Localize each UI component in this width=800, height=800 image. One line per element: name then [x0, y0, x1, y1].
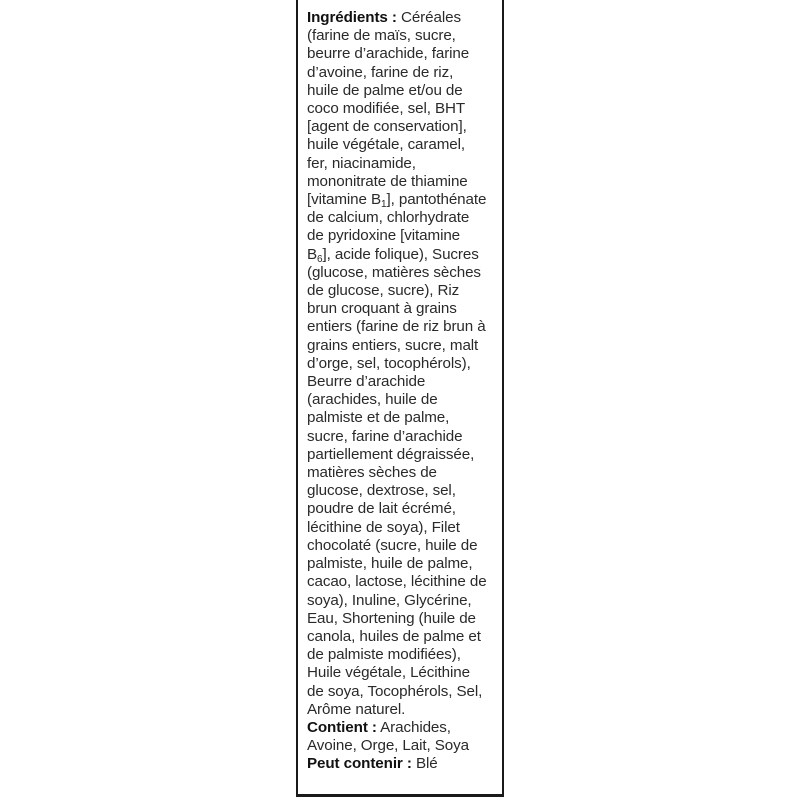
contains-line: Contient : Arachides, [307, 719, 503, 737]
ingredients-line: cacao, lactose, lécithine de [307, 573, 503, 591]
ingredients-line: mononitrate de thiamine [307, 173, 503, 191]
ingredients-line: chocolaté (sucre, huile de [307, 537, 503, 555]
ingredients-line: palmiste, huile de palme, [307, 555, 503, 573]
ingredients-line: brun croquant à grains [307, 300, 503, 318]
ingredients-line: glucose, dextrose, sel, [307, 482, 503, 500]
may-contain-heading: Peut contenir : [307, 755, 412, 772]
ingredients-line: beurre d’arachide, farine [307, 45, 503, 63]
ingredients-line: palmiste et de palme, [307, 409, 503, 427]
ingredients-line: canola, huiles de palme et [307, 628, 503, 646]
ingredients-line: [vitamine B1], pantothénate [307, 191, 503, 209]
ingredients-line: de soya, Tocophérols, Sel, [307, 683, 503, 701]
ingredients-line: lécithine de soya), Filet [307, 519, 503, 537]
ingredients-line: (farine de maïs, sucre, [307, 27, 503, 45]
ingredients-line: de calcium, chlorhydrate [307, 209, 503, 227]
contains-line: Avoine, Orge, Lait, Soya [307, 737, 503, 755]
ingredients-line: coco modifiée, sel, BHT [307, 100, 503, 118]
ingredients-heading: Ingrédients : [307, 9, 397, 26]
ingredients-line: entiers (farine de riz brun à [307, 318, 503, 336]
ingredients-line: d’orge, sel, tocophérols), [307, 355, 503, 373]
ingredients-line: huile de palme et/ou de [307, 82, 503, 100]
ingredients-line: de glucose, sucre), Riz [307, 282, 503, 300]
ingredients-line: matières sèches de [307, 464, 503, 482]
ingredients-label-box: Ingrédients : Céréales (farine de maïs, … [296, 0, 504, 797]
ingredients-line: (arachides, huile de [307, 391, 503, 409]
ingredients-line: d’avoine, farine de riz, [307, 64, 503, 82]
ingredients-line: poudre de lait écrémé, [307, 500, 503, 518]
ingredients-line: grains entiers, sucre, malt [307, 337, 503, 355]
ingredients-line: (glucose, matières sèches [307, 264, 503, 282]
ingredients-line: fer, niacinamide, [307, 155, 503, 173]
may-contain-line: Peut contenir : Blé [307, 755, 503, 773]
ingredients-line: Arôme naturel. [307, 701, 503, 719]
ingredients-line: B6], acide folique), Sucres [307, 246, 503, 264]
ingredients-line: huile végétale, caramel, [307, 136, 503, 154]
ingredients-line: Eau, Shortening (huile de [307, 610, 503, 628]
ingredients-line: sucre, farine d’arachide [307, 428, 503, 446]
ingredients-line: Huile végétale, Lécithine [307, 664, 503, 682]
ingredients-text-block: Ingrédients : Céréales (farine de maïs, … [307, 9, 503, 774]
ingredients-line: de pyridoxine [vitamine [307, 227, 503, 245]
ingredients-line: de palmiste modifiées), [307, 646, 503, 664]
ingredients-line: Ingrédients : Céréales [307, 9, 503, 27]
contains-heading: Contient : [307, 719, 377, 736]
ingredients-line: soya), Inuline, Glycérine, [307, 592, 503, 610]
ingredients-line: partiellement dégraissée, [307, 446, 503, 464]
ingredients-line: Beurre d’arachide [307, 373, 503, 391]
ingredients-line: [agent de conservation], [307, 118, 503, 136]
